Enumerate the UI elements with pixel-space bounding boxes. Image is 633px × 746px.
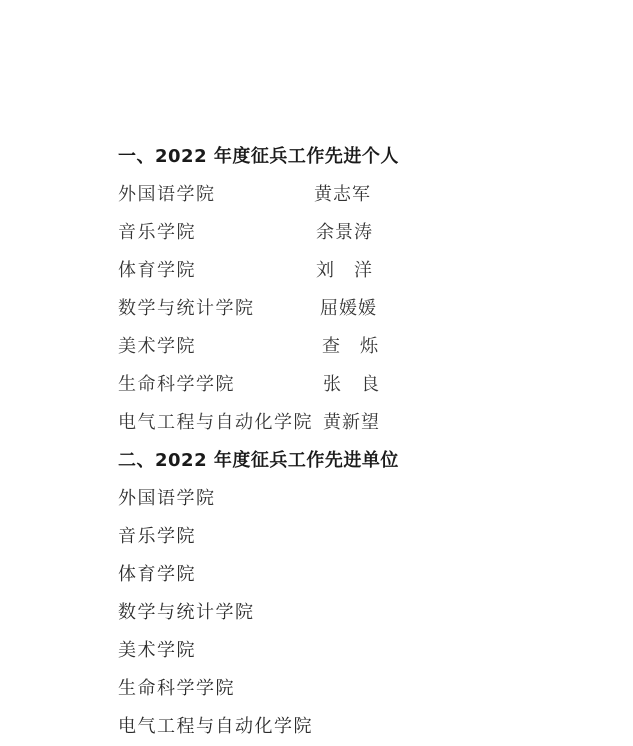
unit-name: 美术学院: [118, 334, 196, 360]
unit-name: 外国语学院: [118, 182, 216, 208]
individual-row: 数学与统计学院 屈媛媛: [118, 296, 255, 322]
unit-row: 电气工程与自动化学院: [118, 714, 313, 740]
person-name: 余景涛: [316, 220, 373, 246]
unit-row: 外国语学院: [118, 486, 216, 512]
individual-row: 体育学院 刘 洋: [118, 258, 196, 284]
unit-row: 美术学院: [118, 638, 196, 664]
individual-row: 音乐学院 余景涛: [118, 220, 196, 246]
section2-heading: 二、2022 年度征兵工作先进单位: [118, 448, 399, 474]
person-name: 屈媛媛: [320, 296, 377, 322]
person-name: 查 烁: [322, 334, 379, 360]
person-name: 刘 洋: [316, 258, 373, 284]
individual-row: 外国语学院 黄志军: [118, 182, 216, 208]
unit-row: 音乐学院: [118, 524, 196, 550]
unit-row: 体育学院: [118, 562, 196, 588]
unit-row: 数学与统计学院: [118, 600, 255, 626]
person-name: 黄新望: [323, 410, 380, 436]
individual-row: 生命科学学院 张 良: [118, 372, 235, 398]
person-name: 张 良: [323, 372, 380, 398]
unit-name: 电气工程与自动化学院: [118, 410, 313, 436]
section1-heading: 一、2022 年度征兵工作先进个人: [118, 144, 399, 170]
document-page: 一、2022 年度征兵工作先进个人 外国语学院 黄志军 音乐学院 余景涛 体育学…: [0, 0, 633, 746]
unit-row: 生命科学学院: [118, 676, 235, 702]
unit-name: 生命科学学院: [118, 372, 235, 398]
individual-row: 美术学院 查 烁: [118, 334, 196, 360]
person-name: 黄志军: [314, 182, 371, 208]
unit-name: 音乐学院: [118, 220, 196, 246]
unit-name: 体育学院: [118, 258, 196, 284]
unit-name: 数学与统计学院: [118, 296, 255, 322]
individual-row: 电气工程与自动化学院 黄新望: [118, 410, 313, 436]
